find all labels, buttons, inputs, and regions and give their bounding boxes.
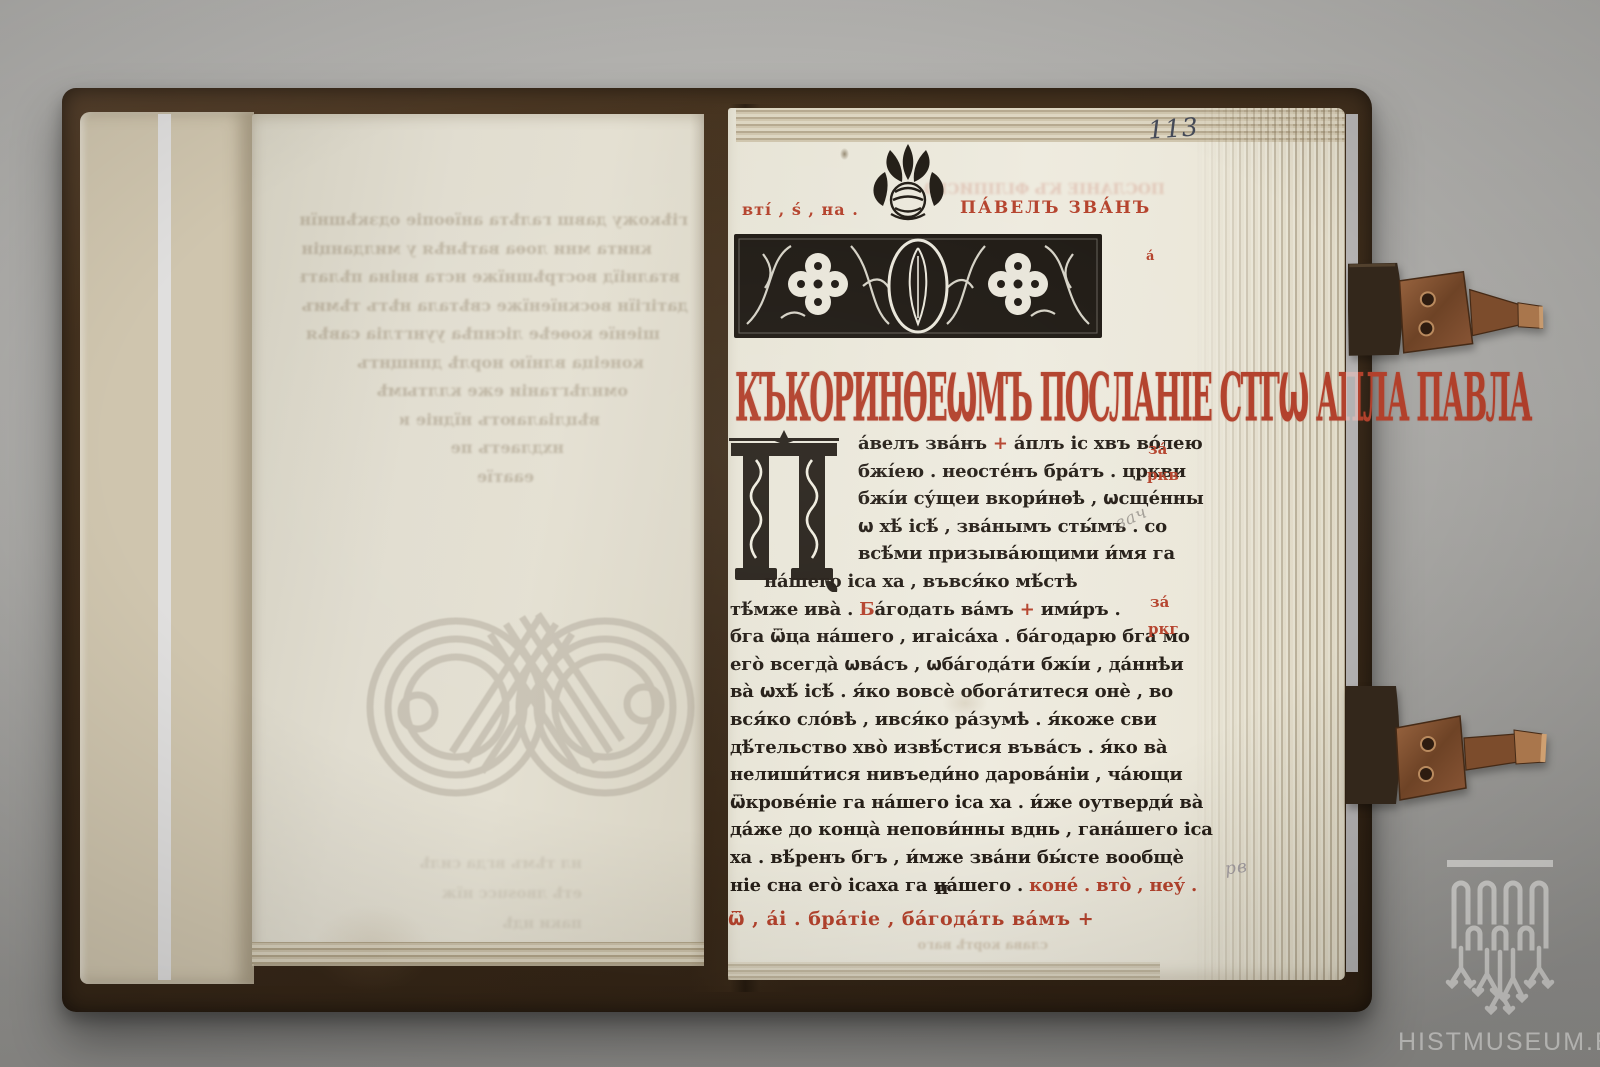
rubric-header-left: вті́ , ѕ́ , на .	[742, 200, 859, 219]
pencil-note-rv: рв	[1224, 857, 1249, 880]
brown-showthrough-line: слава кортѣ ваго	[858, 938, 1048, 953]
margin-zachalo-2-number: ркг	[1148, 616, 1179, 642]
footer-rubric: ѿ , а́і . бра́тіе , ба́года́ть ва́мъ +	[728, 908, 1094, 930]
left-page-bottom-edges	[252, 942, 704, 966]
right-page-fore-edge	[1195, 108, 1345, 980]
margin-zachalo-2: за́	[1150, 589, 1169, 615]
body-text: а́велъ зва́нъ + а́плъ іс хвъ во́леюбжі́е…	[730, 430, 1154, 899]
ink-spot	[840, 148, 849, 160]
margin-zachalo-1: за́	[1148, 436, 1167, 462]
vyaz-title: КЪКОРИНѲЕѠМЪ ПОСЛАНІЕ СТГѠ АПЛА ПАВЛА	[735, 360, 1130, 438]
histmuseum-logo	[1441, 860, 1559, 1020]
lower-clasp	[1346, 686, 1551, 804]
right-page-bottom-edges	[728, 962, 1160, 980]
upper-clasp	[1348, 252, 1548, 364]
museum-photo-scene: гіѣкожу давш галѣта анїѳопіе одзкѣшнїнкн…	[0, 0, 1600, 1067]
rubric-header-right: ПА́ВЕЛЪ ЗВА́НЪ	[960, 198, 1151, 218]
right-page: 113 ПОСЛАНІЕ КЪ ФІЛІПИСІѠ вті́ , ѕ́ , на…	[728, 108, 1345, 980]
knot-ornament-showthrough	[348, 572, 713, 842]
headpiece-woodcut	[733, 230, 1103, 343]
watermark-text: HISTMUSEUM.BY	[1398, 1028, 1600, 1057]
right-endpaper-strip	[1346, 114, 1358, 972]
headpiece-finial-ornament	[862, 136, 955, 230]
left-page: гіѣкожу давш галѣта анїѳопіе одзкѣшнїнкн…	[252, 114, 704, 964]
old-book: гіѣкожу давш галѣта анїѳопіе одзкѣшнїнкн…	[62, 88, 1372, 1012]
bleedthrough-text: гіѣкожу давш галѣта анїѳопіе одзкѣшнїнкн…	[300, 206, 700, 491]
handwritten-folio-number: 113	[1147, 112, 1200, 144]
margin-zachalo-1-number: ркв	[1147, 462, 1179, 488]
left-endpaper-strip	[158, 114, 171, 980]
catchword: п	[730, 878, 1154, 899]
margin-note-small: а́	[1146, 244, 1154, 270]
paper-stain	[942, 688, 988, 718]
